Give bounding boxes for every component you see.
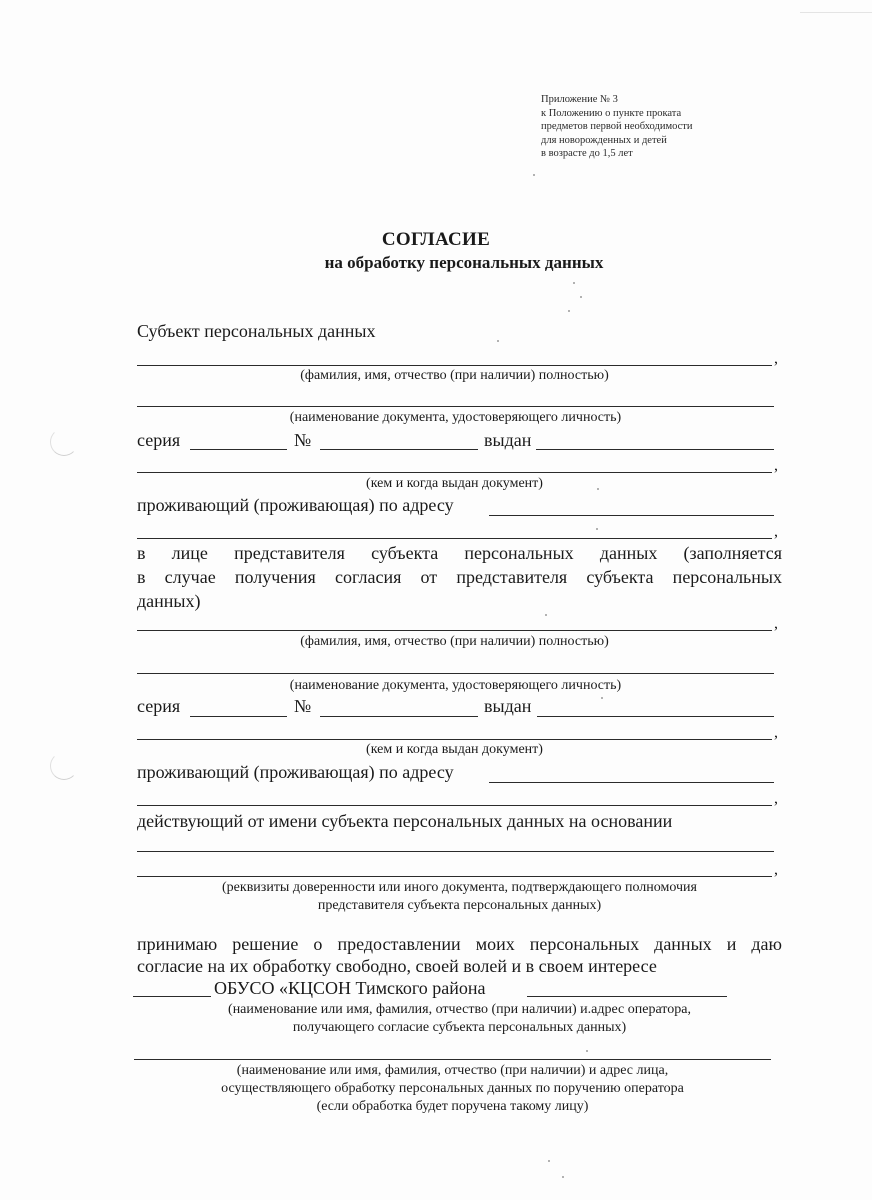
subject-label: Субъект персональных данных [137,320,376,342]
punch-hole-icon [50,428,78,456]
subject-series-field[interactable] [190,449,287,450]
representative-basis-caption: представителя субъекта персональных данн… [137,897,782,915]
representative-intro-line: в случае получения согласия от представи… [137,566,782,588]
representative-fio-field[interactable] [137,630,772,631]
scan-speck [586,1050,588,1052]
representative-issued-field[interactable] [537,716,774,717]
subject-issued-label: выдан [484,429,531,451]
representative-intro-line: данных) [137,590,201,612]
comma: , [774,790,778,808]
document-subtitle: на обработку персональных данных [0,253,872,273]
subject-number-field[interactable] [320,449,478,450]
representative-intro-line: в лице представителя субъекта персональн… [137,542,782,564]
representative-issued-label: выдан [484,695,531,717]
operator-name-value[interactable]: ОБУСО «КЦСОН Тимского района [214,977,486,999]
processor-caption: (наименование или имя, фамилия, отчество… [134,1062,771,1080]
representative-document-field[interactable] [137,673,774,674]
document-title: СОГЛАСИЕ [0,229,872,251]
scan-speck [548,1160,550,1162]
subject-document-field[interactable] [137,406,774,407]
subject-fio-field[interactable] [137,365,772,366]
subject-address-label: проживающий (проживающая) по адресу [137,494,454,516]
representative-series-label: серия [137,695,180,717]
representative-basis-caption: (реквизиты доверенности или иного докуме… [137,879,782,897]
subject-series-label: серия [137,429,180,451]
representative-address-label: проживающий (проживающая) по адресу [137,761,454,783]
scan-edge [800,12,872,13]
comma: , [774,350,778,368]
operator-caption: (наименование или имя, фамилия, отчество… [137,1001,782,1019]
operator-caption: получающего согласие субъекта персональн… [137,1019,782,1037]
subject-issued-caption: (кем и когда выдан документ) [137,475,772,493]
representative-basis-field-2[interactable] [137,876,772,877]
consent-text-line: принимаю решение о предоставлении моих п… [137,933,782,955]
subject-address-field[interactable] [489,515,774,516]
representative-basis-label: действующий от имени субъекта персональн… [137,810,672,832]
representative-address-field-2[interactable] [137,805,772,806]
comma: , [774,861,778,879]
scan-speck [545,614,547,616]
appendix-line: Приложение № 3 [541,93,693,107]
subject-number-label: № [294,429,311,451]
operator-prefix-field[interactable] [133,996,211,997]
comma: , [774,457,778,475]
consent-text-line: согласие на их обработку свободно, своей… [137,955,657,977]
scanned-page: Приложение № 3 к Положению о пункте прок… [0,0,872,1200]
appendix-line: в возрасте до 1,5 лет [541,147,693,161]
subject-issued-field[interactable] [536,449,774,450]
appendix-line: для новорожденных и детей [541,134,693,148]
scan-speck [573,282,575,284]
processor-field[interactable] [134,1059,771,1060]
representative-series-field[interactable] [190,716,287,717]
representative-fio-caption: (фамилия, имя, отчество (при наличии) по… [137,633,772,651]
scan-speck [568,310,570,312]
appendix-line: предметов первой необходимости [541,120,693,134]
subject-fio-caption: (фамилия, имя, отчество (при наличии) по… [137,367,772,385]
comma: , [774,523,778,541]
representative-address-field[interactable] [489,782,774,783]
scan-speck [562,1176,564,1178]
representative-number-label: № [294,695,311,717]
processor-caption: осуществляющего обработку персональных д… [134,1080,771,1098]
subject-document-caption: (наименование документа, удостоверяющего… [137,409,774,427]
representative-basis-field[interactable] [137,851,774,852]
representative-number-field[interactable] [320,716,478,717]
comma: , [774,724,778,742]
scan-speck [596,528,598,530]
appendix-note: Приложение № 3 к Положению о пункте прок… [541,93,693,161]
scan-speck [601,697,603,699]
punch-hole-icon [50,752,78,780]
appendix-line: к Положению о пункте проката [541,107,693,121]
scan-speck [533,174,535,176]
processor-caption: (если обработка будет поручена такому ли… [134,1098,771,1116]
scan-speck [597,488,599,490]
representative-issued-by-field[interactable] [137,739,772,740]
scan-speck [497,340,499,342]
subject-issued-by-field[interactable] [137,472,772,473]
comma: , [774,615,778,633]
operator-suffix-field[interactable] [527,996,727,997]
representative-issued-caption: (кем и когда выдан документ) [137,741,772,759]
scan-speck [580,296,582,298]
representative-document-caption: (наименование документа, удостоверяющего… [137,677,774,695]
subject-address-field-2[interactable] [137,538,772,539]
